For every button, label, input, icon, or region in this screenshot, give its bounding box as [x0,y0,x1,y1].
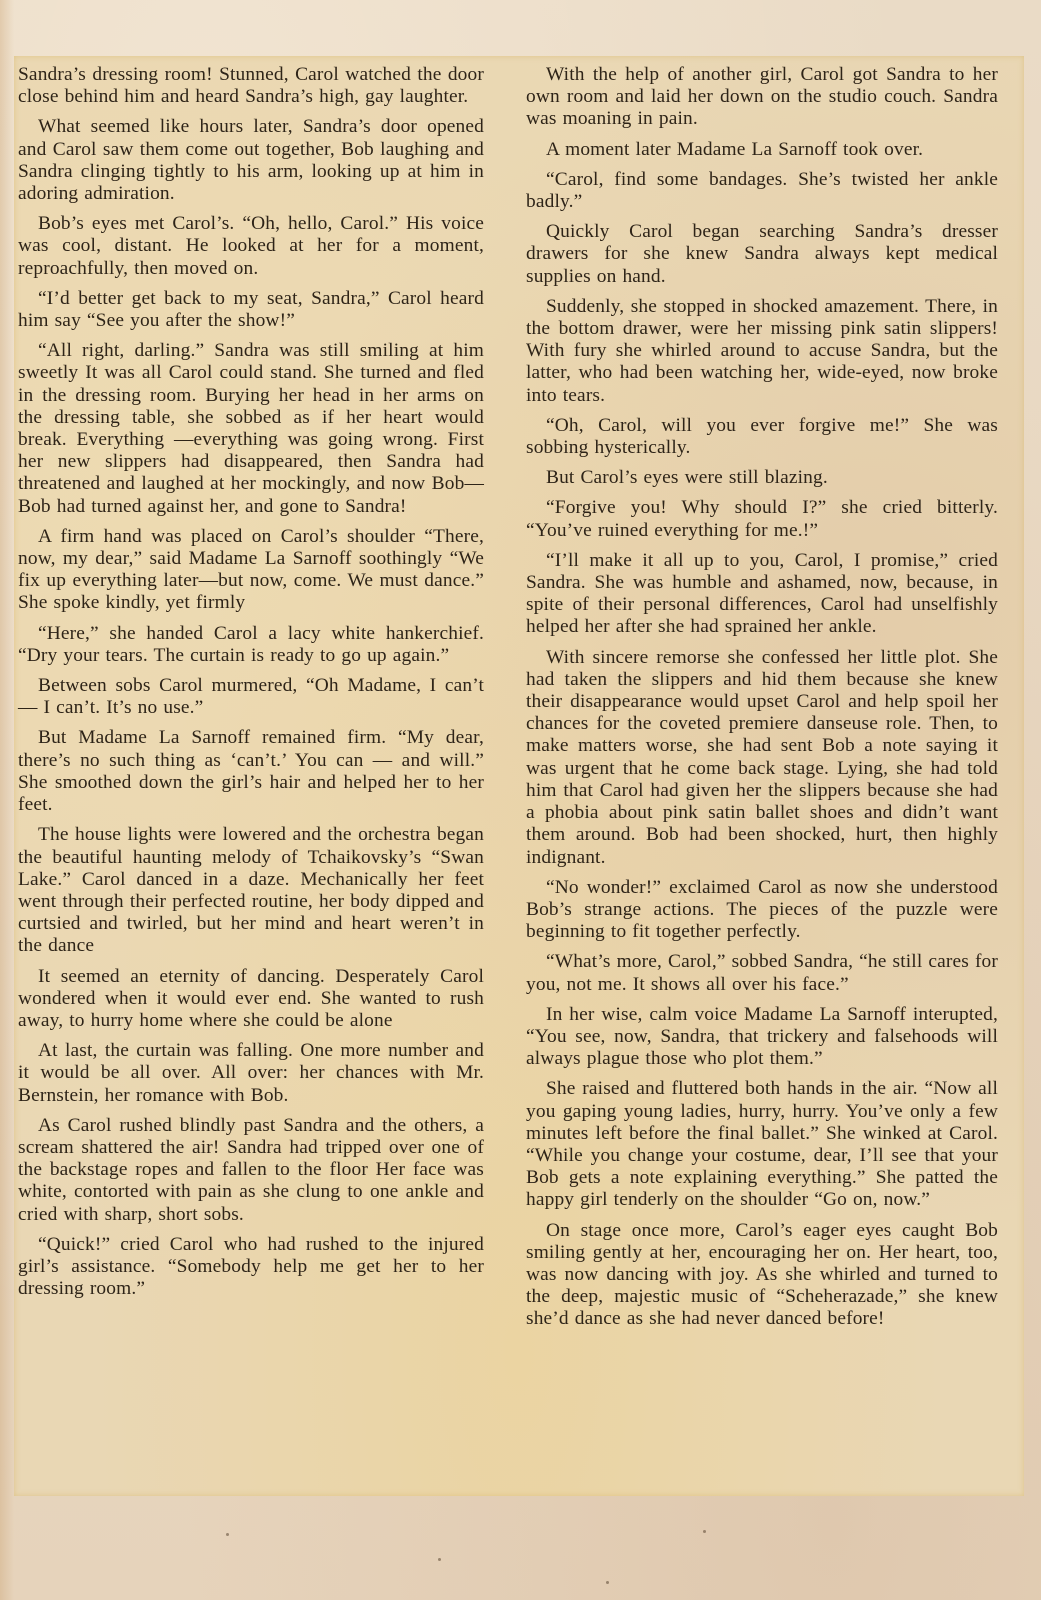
paragraph: “Carol, find some bandages. She’s twiste… [526,169,998,213]
paragraph: Sandra’s dressing room! Stunned, Carol w… [18,64,484,108]
paragraph: “I’d better get back to my seat, Sandra,… [18,288,484,332]
paragraph: “Here,” she handed Carol a lacy white ha… [18,623,484,667]
paragraph: As Carol rushed blindly past Sandra and … [18,1115,484,1226]
paper-speck [226,1533,229,1536]
paragraph: In her wise, calm voice Madame La Sarnof… [526,1004,998,1071]
story-column-right: With the help of another girl, Carol got… [526,64,998,1339]
paragraph: “Quick!” cried Carol who had rushed to t… [18,1234,484,1301]
paragraph: She raised and fluttered both hands in t… [526,1078,998,1211]
paragraph: With sincere remorse she confessed her l… [526,647,998,869]
paragraph: “Forgive you! Why should I?” she cried b… [526,497,998,541]
paragraph: With the help of another girl, Carol got… [526,64,998,131]
paragraph: What seemed like hours later, Sandra’s d… [18,116,484,205]
paragraph: The house lights were lowered and the or… [18,824,484,957]
paragraph: Suddenly, she stopped in shocked amazeme… [526,296,998,407]
paragraph: Quickly Carol began searching Sandra’s d… [526,221,998,288]
paragraph: “What’s more, Carol,” sobbed Sandra, “he… [526,951,998,995]
paragraph: But Madame La Sarnoff remained firm. “My… [18,727,484,816]
paragraph: Between sobs Carol murmered, “Oh Madame,… [18,675,484,719]
paragraph: “No wonder!” exclaimed Carol as now she … [526,877,998,944]
paper-speck [703,1530,706,1533]
paragraph: “Oh, Carol, will you ever forgive me!” S… [526,415,998,459]
paper-speck [438,1558,441,1561]
paper-speck [606,1581,609,1584]
paragraph: On stage once more, Carol’s eager eyes c… [526,1220,998,1331]
paragraph: “I’ll make it all up to you, Carol, I pr… [526,550,998,639]
paragraph: It seemed an eternity of dancing. Desper… [18,966,484,1033]
paragraph: A firm hand was placed on Carol’s should… [18,526,484,615]
paragraph: But Carol’s eyes were still blazing. [526,467,998,489]
paragraph: At last, the curtain was falling. One mo… [18,1040,484,1107]
page-edge-shadow [0,0,14,1600]
paragraph: “All right, darling.” Sandra was still s… [18,340,484,518]
paragraph: A moment later Madame La Sarnoff took ov… [526,139,998,161]
story-column-left: Sandra’s dressing room! Stunned, Carol w… [18,64,484,1308]
paragraph: Bob’s eyes met Carol’s. “Oh, hello, Caro… [18,213,484,280]
